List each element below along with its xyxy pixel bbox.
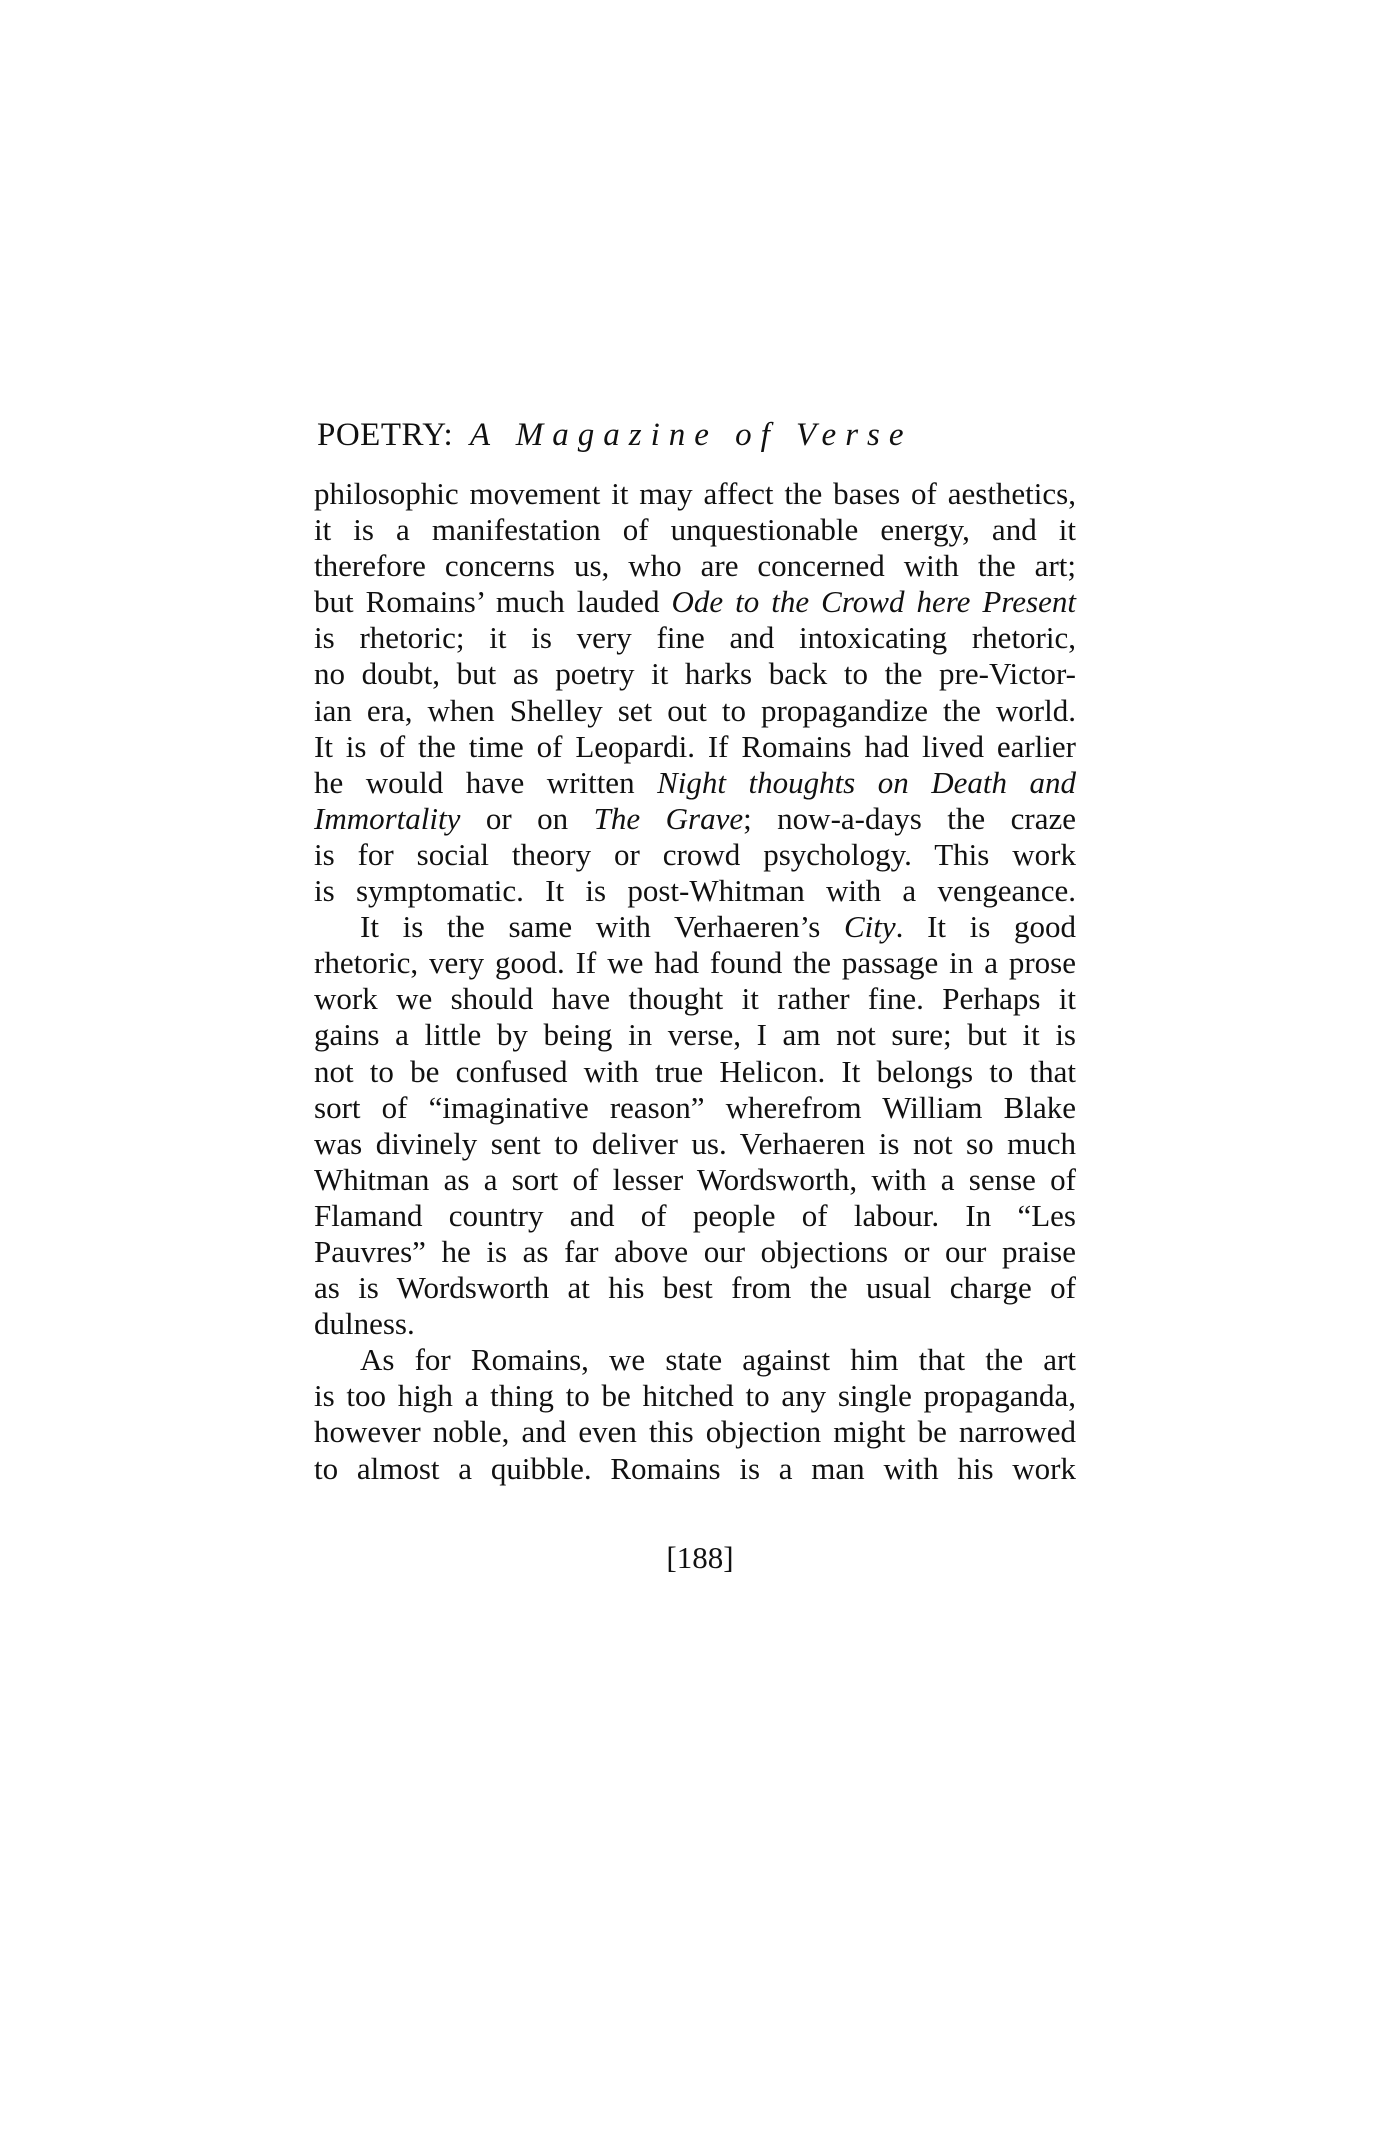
text-line: no doubt, but as poetry it harks back to…: [314, 656, 1076, 692]
text-run: it is a manifestation of unquestionable …: [314, 512, 1076, 547]
text-line: is symptomatic. It is post-Whitman with …: [314, 873, 1076, 909]
text-line: rhetoric, very good. If we had found the…: [314, 945, 1076, 981]
text-line: It is the same with Verhaeren’s City. It…: [314, 909, 1076, 945]
text-run: is too high a thing to be hitched to any…: [314, 1378, 1076, 1413]
text-run: was divinely sent to deliver us. Verhaer…: [314, 1126, 1076, 1161]
text-line: philosophic movement it may affect the b…: [314, 476, 1076, 512]
text-line: he would have written Night thoughts on …: [314, 765, 1076, 801]
text-line: Flamand country and of people of labour.…: [314, 1198, 1076, 1234]
text-run: philosophic movement it may affect the b…: [314, 476, 1076, 511]
body-text: philosophic movement it may affect the b…: [314, 476, 1076, 1487]
text-run: ; now-a-days the craze: [743, 801, 1076, 836]
italic-title: Night thoughts on Death and: [657, 765, 1076, 800]
text-run: to almost a quibble. Romains is a man wi…: [314, 1451, 1076, 1486]
text-run: As for Romains, we state against him tha…: [360, 1342, 1076, 1377]
text-line: gains a little by being in verse, I am n…: [314, 1017, 1076, 1053]
text-line: ian era, when Shelley set out to propaga…: [314, 693, 1076, 729]
text-run: is for social theory or crowd psychology…: [314, 837, 1076, 872]
text-run: or on: [460, 801, 593, 836]
document-page: POETRY: A Magazine of Verse philosophic …: [0, 0, 1400, 2154]
text-line: but Romains’ much lauded Ode to the Crow…: [314, 584, 1076, 620]
text-line: work we should have thought it rather fi…: [314, 981, 1076, 1017]
text-run: Pauvres” he is as far above our objectio…: [314, 1234, 1076, 1269]
text-run: It is the same with Verhaeren’s: [360, 909, 844, 944]
page-number: [188]: [0, 1538, 1400, 1578]
text-run: no doubt, but as poetry it harks back to…: [314, 656, 1076, 691]
text-line: sort of “imaginative reason” wherefrom W…: [314, 1090, 1076, 1126]
text-run: sort of “imaginative reason” wherefrom W…: [314, 1090, 1076, 1125]
journal-title: POETRY:: [317, 417, 453, 453]
running-head: POETRY: A Magazine of Verse: [317, 412, 913, 458]
text-line: it is a manifestation of unquestionable …: [314, 512, 1076, 548]
text-line: was divinely sent to deliver us. Verhaer…: [314, 1126, 1076, 1162]
text-run: Flamand country and of people of labour.…: [314, 1198, 1076, 1233]
text-line: Immortality or on The Grave; now-a-days …: [314, 801, 1076, 837]
text-run: not to be confused with true Helicon. It…: [314, 1054, 1076, 1089]
text-run: is rhetoric; it is very fine and intoxic…: [314, 620, 1076, 655]
italic-title: Ode to the Crowd here Present: [671, 584, 1076, 619]
text-run: therefore concerns us, who are concerned…: [314, 548, 1076, 583]
italic-title: The Grave: [594, 801, 743, 836]
text-run: dulness.: [314, 1306, 415, 1341]
text-line: is too high a thing to be hitched to any…: [314, 1378, 1076, 1414]
text-line: Pauvres” he is as far above our objectio…: [314, 1234, 1076, 1270]
text-run: ian era, when Shelley set out to propaga…: [314, 693, 1076, 728]
text-line: however noble, and even this objection m…: [314, 1414, 1076, 1450]
text-line: as is Wordsworth at his best from the us…: [314, 1270, 1076, 1306]
italic-title: City: [844, 909, 896, 944]
text-line: is for social theory or crowd psychology…: [314, 837, 1076, 873]
text-line: to almost a quibble. Romains is a man wi…: [314, 1451, 1076, 1487]
text-run: work we should have thought it rather fi…: [314, 981, 1076, 1016]
text-run: . It is good: [896, 909, 1076, 944]
text-run: gains a little by being in verse, I am n…: [314, 1017, 1076, 1052]
journal-subtitle: A Magazine of Verse: [470, 417, 913, 453]
text-line: is rhetoric; it is very fine and intoxic…: [314, 620, 1076, 656]
italic-title: Immortality: [314, 801, 460, 836]
text-line: therefore concerns us, who are concerned…: [314, 548, 1076, 584]
text-run: rhetoric, very good. If we had found the…: [314, 945, 1076, 980]
text-run: It is of the time of Leopardi. If Romain…: [314, 729, 1076, 764]
text-run: but Romains’ much lauded: [314, 584, 671, 619]
text-line: It is of the time of Leopardi. If Romain…: [314, 729, 1076, 765]
text-run: however noble, and even this objection m…: [314, 1414, 1076, 1449]
text-line: not to be confused with true Helicon. It…: [314, 1054, 1076, 1090]
text-run: Whitman as a sort of lesser Wordsworth, …: [314, 1162, 1076, 1197]
text-run: he would have written: [314, 765, 657, 800]
text-run: as is Wordsworth at his best from the us…: [314, 1270, 1076, 1305]
text-run: is symptomatic. It is post-Whitman with …: [314, 873, 1076, 908]
text-line: Whitman as a sort of lesser Wordsworth, …: [314, 1162, 1076, 1198]
text-line: As for Romains, we state against him tha…: [314, 1342, 1076, 1378]
text-line: dulness.: [314, 1306, 1076, 1342]
